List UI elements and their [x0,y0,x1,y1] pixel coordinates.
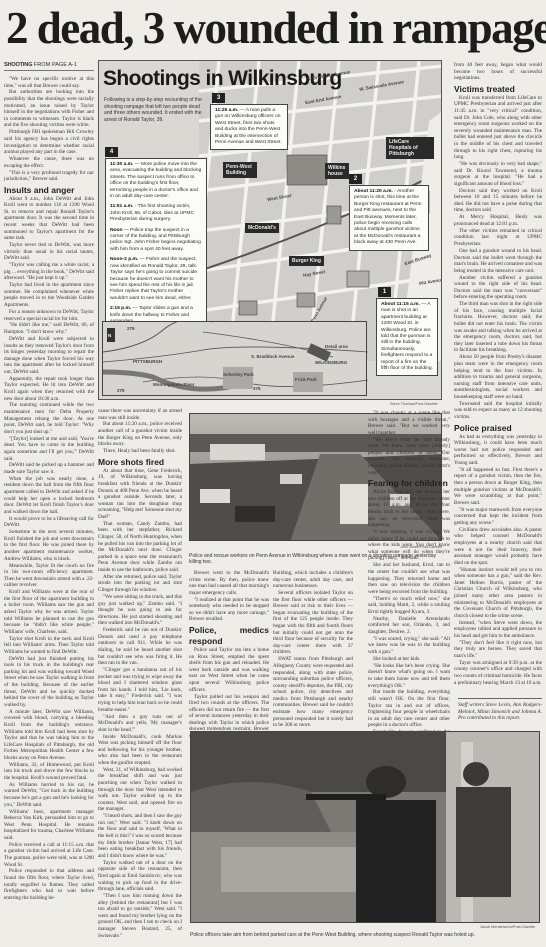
column-mid-b: Brewer went to the McDonald's crime scen… [189,570,269,720]
paragraph: Civilians drew accolades also. A pastor … [454,527,542,567]
paragraph: from 40 feet away, began what would beco… [454,62,542,82]
kicker-section: SHOOTING [4,62,32,68]
paragraph: After she returned, police said, Taylor … [98,574,182,594]
paragraph: Building, which includes a children's da… [273,570,353,590]
subhead-fearing-children: Fearing for children [368,478,450,489]
paragraph: As Williams hurried to his car, he warne… [4,782,94,808]
paragraph: Pittsburgh FBI spokesman Bill Crowley sa… [4,129,94,155]
step-time: About 11:20 a.m. [354,189,393,194]
paragraph: cause there was uncertainty if an armed … [98,408,182,421]
label-wilkins-house: Wilkins house [325,163,349,179]
photo2-caption: Police officers take aim from behind par… [190,932,540,938]
inset-frick: Frick Park [295,377,317,382]
paragraph: But about 11:20 a.m., police received an… [98,421,182,447]
step-text: — Police trap the suspect in a corner of… [110,228,201,252]
paragraph: "Clinger got a bandanna out of his pocke… [98,667,182,713]
step-time: Noon-2 p.m. [110,257,138,262]
paragraph: Apparently, the repair took longer than … [4,376,94,402]
paragraph: Williams, 32, of Homewood, put Kroll int… [4,762,94,782]
paragraph: As bad as everything was yesterday in Wi… [454,434,542,467]
paragraph: The taunting continued while the two mai… [4,402,94,435]
paragraph: DeWitt had just finished putting his too… [4,656,94,709]
paragraph: It would prove to be a lifesaving call f… [4,516,94,529]
step-box-2: About 11:20 a.m. - Another person is sho… [349,185,429,251]
paragraph: Inside McDonald's, cook Markus West was … [98,734,182,767]
step-text: — A man is shot in an apartment building… [381,302,433,371]
paragraph: "This is a very profound tragedy for our… [4,170,94,183]
paragraph: A minute later, DeWitt saw Williams, cov… [4,709,94,762]
paragraph: "Taylor was calling me a white racist, a… [4,262,94,282]
newspaper-page: 2 dead, 3 wounded in rampage SHOOTING FR… [0,0,546,947]
paragraph: Taylor never tied to DeWitt, was more vi… [4,242,94,262]
paragraph: "It all happened so fast. First there's … [454,467,542,507]
paragraph: Sometime in the next several minutes, Kr… [4,529,94,562]
paragraph: Williams' boss, apartment manager Rebecc… [4,809,94,842]
step-text: — A man pulls a gun on Wilkinsburg offic… [215,108,282,145]
paragraph: Taylor had lived in the apartment since … [4,282,94,308]
paragraph: The third man was shot in the right side… [454,301,542,354]
paragraph: "I was scared, crying," she said. "All w… [368,636,450,656]
inset-wilkinsburg: WILKINSBURG [315,360,347,365]
column-mid-d: "It was chaotic at a scene like that wit… [368,410,450,720]
photo2-credit: Jacob Mendelsohn/Post-Gazette [480,925,535,929]
step-time: 11:30 a.m. [110,162,133,167]
paragraph: There, Healy had been fatally shot. [98,448,182,455]
subhead-more-shots: More shots fired [98,457,182,468]
graphic-credit: Steve Thomas/Post-Gazette [390,402,438,406]
step-time: 11:25 a.m. [215,108,238,113]
paragraph: She and her husband, Errol, ran to the c… [368,562,450,595]
label-lifecare: LifeCare Hospitals of Pittsburgh [386,137,434,159]
headline: 2 dead, 3 wounded in rampage [6,2,546,54]
inset-pittsburgh: PITTSBURGH [133,359,162,364]
step-box-4: 11:30 a.m. — More police move into the a… [105,158,207,329]
photo-police-officers [190,731,540,923]
step-number-1: 1 [378,287,391,297]
paragraph: Tayor was arraigned at 9:30 p.m. at the … [454,660,542,686]
kicker-jump: FROM PAGE A-1 [34,62,77,68]
paragraph: Whatever the cause, there was no escapin… [4,156,94,169]
step-box-1: About 11:15 a.m. — A man is shot in an a… [376,298,438,376]
contributors-note: Staff writers Steve Levin, Ann Rodgers-M… [458,702,542,722]
label-burger-king: Burger King [289,256,324,266]
paragraph: DeWitt said he picked up a hammer and ma… [4,462,94,475]
paragraph: That woman, Candy Zambo, had been with h… [98,521,182,574]
paragraph: Taylor shot Kroll in the neck and Kroll … [4,636,94,656]
inset-route-279b: 279 [117,388,125,393]
paragraph: "Then I saw him running down the alley [… [98,893,182,939]
step-text: — Fisher and the suspect, now identified… [110,257,197,300]
inset-route-279: 279 [127,326,135,331]
paragraph: Taylor walked out of a door on the oppos… [98,860,182,893]
paragraph: Meanwhile, Taylor lit the couch on fire … [4,563,94,589]
step-time: Noon [110,228,123,233]
paragraph: "I heard shots, and then I saw the guy r… [98,813,182,859]
inset-braddock: S. Braddock Avenue [251,354,294,359]
paragraph: For a reason unknown to DeWitt, Taylor r… [4,309,94,322]
paragraph: "It was major teamwork from everyone con… [454,507,542,527]
paragraph: Doctors said they worked on Kroll betwee… [454,188,542,214]
paragraph: At about that time, Gene Frederick, 19, … [98,468,182,521]
paragraph: But authorities are looking into the pos… [4,89,94,129]
label-mcdonalds: McDonald's [245,223,279,233]
step-time: 2:15 p.m. [110,306,131,311]
subhead-insults: Insults and anger [4,185,94,196]
paragraph: "We were sitting in the truck, and this … [98,594,182,627]
paragraph: Instead, "when Steve went down, the empl… [454,620,542,640]
paragraph: "There's so much relief now," she said, … [368,596,450,616]
step-number-2: 2 [349,174,362,184]
paragraph: "He didn't like me," said DeWitt, 60, of… [4,322,94,335]
step-number-4: 4 [105,147,118,157]
step-box-3: 11:25 a.m. — A man pulls a gun on Wilkin… [210,104,288,150]
inset-schenley: Schenley Park [223,372,254,377]
paragraph: Townsend said the hospital initially was… [454,401,542,421]
paragraph: Police received a call at 11:15 a.m. tha… [4,842,94,868]
step-text: - Another person is shot, this time at t… [354,189,421,245]
subhead-victims-treated: Victims treated [454,84,542,95]
paragraph: The other victims remained in critical c… [454,228,542,248]
inset-monongahela: Monongahela River [153,382,195,387]
column-mid-a: cause there was uncertainty if an armed … [98,408,182,947]
step-time: 11:51 a.m. [110,204,133,209]
paragraph: Several officers isolated Taylor on the … [273,590,353,656]
paragraph: Frederick said he ran out of Dunkin' Don… [98,627,182,667]
paragraph: "And then a guy runs out of McDonald's a… [98,714,182,734]
paragraph: "Human instinct would tell you to run wh… [454,567,542,620]
inset-north: N [108,333,111,338]
police-photo-icon [191,732,540,923]
step-time: About 11:15 a.m. [381,302,420,307]
paragraph: "They don't feel like it right now, but … [454,640,542,660]
graphic-title: Shootings in Wilkinsburg [103,67,342,91]
paragraph: About 50 people from Presby's disaster p… [454,354,542,400]
paragraph: Brewer went to the McDonald's crime scen… [189,570,269,596]
subhead-police-medics: Police, medics respond [189,625,269,647]
paragraph: She looked at her kids. [368,656,450,663]
subhead-police-praised: Police praised [454,423,542,434]
inset-route-376: 376 [253,386,261,391]
paragraph: "We have no specific motive at this time… [4,76,94,89]
paragraph: "I realized at that point that he was so… [189,597,269,623]
label-penn-west: Penn-West Building [223,162,257,178]
graphic-intro: Following is a step-by-step recounting o… [104,97,204,123]
paragraph: Police responded to that address and fou… [4,868,94,901]
paragraph: West, 21, of Wilkinsburg, had worked the… [98,767,182,813]
paragraph: At Mercy Hospital, Healy was pronounced … [454,214,542,227]
inset-map: N PITTSBURGH WILKINSBURG Detail area S. … [102,321,367,396]
column-mid-c: Building, which includes a children's da… [273,570,353,720]
paragraph: About 9 a.m., John DeWitt and John Kroll… [4,196,94,242]
paragraph: Kroll and Williams were at the rear of t… [4,589,94,635]
step-number-3: 3 [212,93,225,103]
paragraph: Another victim suffered a gunshot wound … [454,275,542,301]
paragraph: "He was obviously in very bad shape," sa… [454,161,542,187]
paragraph: Alicia Francis said she dropped her two … [368,489,450,529]
paragraph: One had a gunshot wound to his head. Doc… [454,248,542,274]
paragraph: "He looks like he's been crying. She doe… [368,663,450,689]
paragraph: "It was chaotic at a scene like that wit… [368,410,450,436]
paragraph: Nearby, Danielle Arrendando comforted he… [368,616,450,636]
column-1: SHOOTING FROM PAGE A-1 "We have no speci… [4,62,94,942]
contributors-rule [458,698,542,699]
paragraph: But inside the building, everything stil… [368,689,450,729]
paragraph: "I was shaking. I was crying. We didn't … [368,529,450,562]
paragraph: Kroll was transferred from LifeCare to U… [454,95,542,161]
kicker: SHOOTING FROM PAGE A-1 [4,62,94,71]
step-text: — More police move into the area, evacua… [110,162,201,199]
paragraph: DeWitt and Kroll were subjected to insul… [4,336,94,376]
paragraph: Police said Taylor ran into a home on Ro… [189,647,269,693]
column-right: from 40 feet away, began what would beco… [454,62,542,732]
paragraph: When the job was nearly done, a resident… [4,476,94,516]
paragraph: "[Taylor] looked at me and said, 'You're… [4,436,94,462]
paragraph: "We knew what he had already done. We kn… [368,437,450,477]
paragraph: SWAT teams from Pittsburgh and Allegheny… [273,656,353,729]
inset-detail-area: Detail area [325,344,348,349]
shootings-graphic: Shootings in Wilkinsburg Following is a … [98,60,442,400]
